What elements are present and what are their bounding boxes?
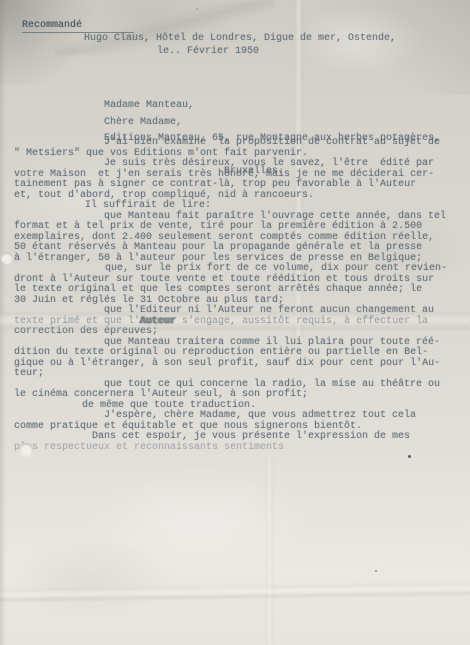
registered-mail-label: Recommandé (22, 20, 134, 33)
sender-address-line: Hugo Claus, Hôtel de Londres, Digue de m… (84, 33, 396, 44)
letter-line: plus respectueux et reconnaissants senti… (14, 443, 464, 454)
overstruck-word: Auteur (140, 316, 176, 327)
paper-edge-shadow (0, 0, 6, 645)
ink-speck (408, 455, 411, 458)
letter-line: 50 étant réservés à Manteau pour la prop… (14, 243, 464, 254)
letter-line: teur; (14, 369, 464, 380)
letter-line: Dans cet espoir, je vous présente l'expr… (14, 432, 464, 443)
letter-line: et, tout d'abord, trop compliqué, nid à … (14, 191, 464, 202)
letter-line: le cinéma concernera l'Auteur seul, à so… (14, 390, 464, 401)
letter-line: correction des épreuves; (14, 327, 464, 338)
letter-line: dition du texte original ou reproduction… (14, 348, 464, 359)
letter-line: J'ai bien examiné la proposition de cont… (14, 138, 464, 149)
faded-text: plus respectueux et reconnaissants senti… (14, 442, 284, 453)
paper-crease-horizontal-bottom (0, 583, 470, 602)
letter-line: que, sur le prix fort de ce volume, dix … (14, 264, 464, 275)
letter-line: Je suis très désireux, vous le savez, l'… (14, 159, 464, 170)
letter-line: J'espère, chère Madame, que vous admettr… (14, 411, 464, 422)
paper-crease-vertical-bottom (266, 455, 273, 645)
letter-line: le texte original et que les comptes ser… (14, 285, 464, 296)
letter-line: tainement pas à signer ce contrat-là, tr… (14, 180, 464, 191)
ink-speck (196, 8, 198, 10)
punch-hole (1, 252, 13, 264)
salutation: Chère Madame, (104, 117, 182, 128)
ink-speck (375, 570, 377, 572)
letter-line: gique ou à l'étranger, à son seul profit… (14, 359, 464, 370)
punch-hole (19, 443, 33, 457)
scanned-letter: Recommandé Hugo Claus, Hôtel de Londres,… (0, 0, 470, 645)
letter-line: Il suffirait de lire: (14, 201, 464, 212)
recipient-name: Madame Manteau, (104, 100, 440, 111)
letter-body: J'ai bien examiné la proposition de cont… (14, 138, 464, 453)
date-line: le.. Février 1950 (157, 46, 259, 57)
letter-line: format et à tel prix de vente, tiré pour… (14, 222, 464, 233)
